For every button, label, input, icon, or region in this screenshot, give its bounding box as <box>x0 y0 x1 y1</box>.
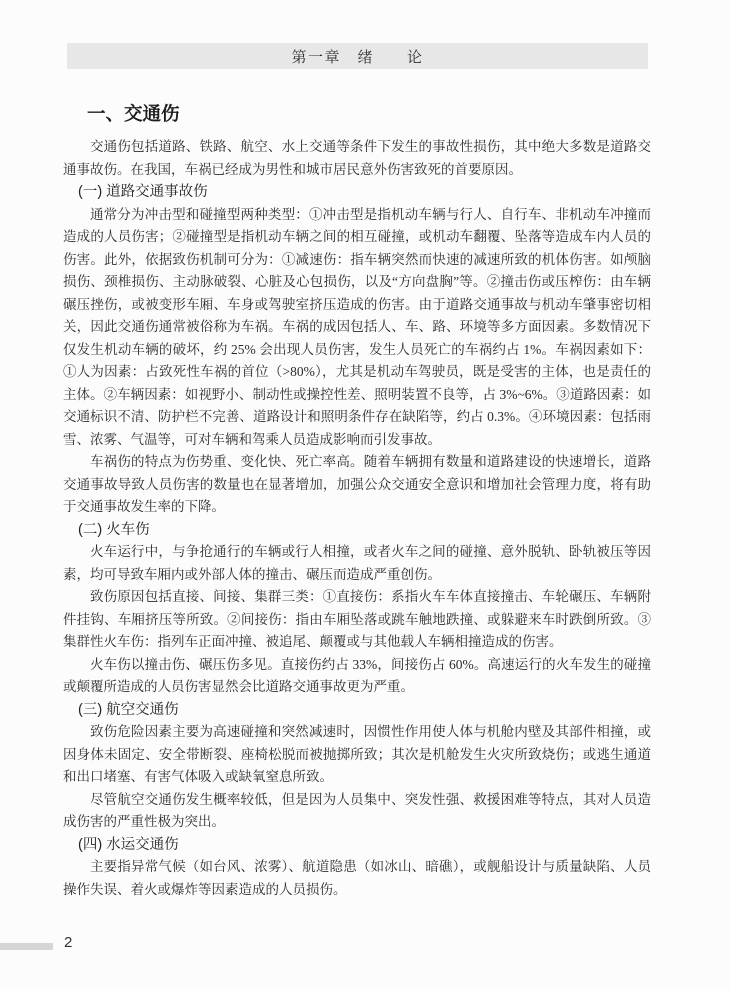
running-head: 第一章 绪 论 <box>67 43 648 69</box>
paragraph-train-overview: 火车运行中，与争抢通行的车辆或行人相撞，或者火车之间的碰撞、意外脱轨、卧轨被压等… <box>63 541 651 586</box>
subheading-train: (二) 火车伤 <box>63 519 651 542</box>
section-title: 一、交通伤 <box>63 101 651 127</box>
paragraph-waterway: 主要指异常气候（如台风、浓雾）、航道隐患（如冰山、暗礁），或舰船设计与质量缺陷、… <box>63 856 651 901</box>
subheading-waterway: (四) 水运交通伤 <box>63 834 651 857</box>
paragraph-intro: 交通伤包括道路、铁路、航空、水上交通等条件下发生的事故性损伤，其中绝大多数是道路… <box>63 136 651 181</box>
book-page: 第一章 绪 论 一、交通伤 交通伤包括道路、铁路、航空、水上交通等条件下发生的事… <box>0 0 730 991</box>
chapter-title: 第一章 绪 论 <box>291 46 423 67</box>
paragraph-road-types: 通常分为冲击型和碰撞型两种类型：①冲击型是指机动车辆与行人、自行车、非机动车冲撞… <box>63 204 651 452</box>
page-number: 2 <box>64 934 72 951</box>
subheading-aviation: (三) 航空交通伤 <box>63 699 651 722</box>
subheading-road-traffic: (一) 道路交通事故伤 <box>63 181 651 204</box>
footer-bar <box>0 943 53 950</box>
paragraph-aviation-risk: 致伤危险因素主要为高速碰撞和突然减速时，因惯性作用使人体与机舱内壁及其部件相撞，… <box>63 721 651 789</box>
page-content: 一、交通伤 交通伤包括道路、铁路、航空、水上交通等条件下发生的事故性损伤，其中绝… <box>63 101 651 901</box>
paragraph-train-stats: 火车伤以撞击伤、碾压伤多见。直接伤约占 33%，间接伤占 60%。高速运行的火车… <box>63 654 651 699</box>
paragraph-train-causes: 致伤原因包括直接、间接、集群三类：①直接伤：系指火车车体直接撞击、车轮碾压、车辆… <box>63 586 651 654</box>
paragraph-aviation-severity: 尽管航空交通伤发生概率较低，但是因为人员集中、突发性强、救援困难等特点，其对人员… <box>63 789 651 834</box>
paragraph-road-features: 车祸伤的特点为伤势重、变化快、死亡率高。随着车辆拥有数量和道路建设的快速增长，道… <box>63 451 651 519</box>
